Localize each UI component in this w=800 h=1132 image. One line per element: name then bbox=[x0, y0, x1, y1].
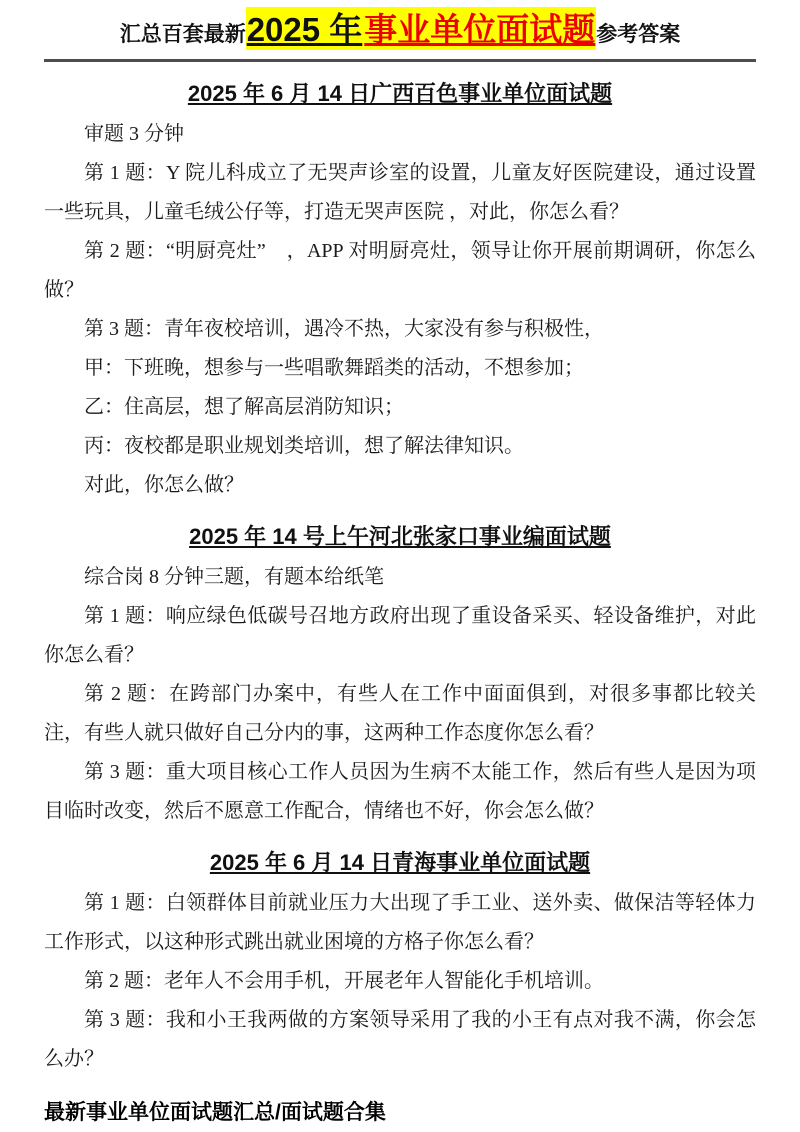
footer-title: 最新事业单位面试题汇总/面试题合集 bbox=[44, 1099, 756, 1127]
paragraph: 第 2 题：在跨部门办案中，有些人在工作中面面俱到，对很多事都比较关注，有些人就… bbox=[44, 675, 756, 753]
section-guangxi-baise: 2025 年 6 月 14 日广西百色事业单位面试题 审题 3 分钟 第 1 题… bbox=[44, 77, 756, 505]
paragraph: 第 3 题：重大项目核心工作人员因为生病不太能工作，然后有些人是因为项目临时改变… bbox=[44, 753, 756, 831]
paragraph: 乙：住高层，想了解高层消防知识； bbox=[44, 388, 756, 427]
header-year-highlight: 2025 年 bbox=[246, 7, 364, 50]
paragraph: 第 1 题：Y 院儿科成立了无哭声诊室的设置，儿童友好医院建设，通过设置一些玩具… bbox=[44, 154, 756, 232]
header-title-highlight: 事业单位面试题 bbox=[363, 7, 596, 50]
paragraph: 第 3 题：青年夜校培训，遇冷不热，大家没有参与积极性， bbox=[44, 310, 756, 349]
section-qinghai: 2025 年 6 月 14 日青海事业单位面试题 第 1 题：白领群体目前就业压… bbox=[44, 846, 756, 1079]
header-prefix: 汇总百套最新 bbox=[120, 23, 246, 46]
section-title: 2025 年 6 月 14 日广西百色事业单位面试题 bbox=[44, 77, 756, 111]
paragraph: 第 1 题：响应绿色低碳号召地方政府出现了重设备采买、轻设备维护，对此你怎么看？ bbox=[44, 597, 756, 675]
paragraph: 第 1 题：白领群体目前就业压力大出现了手工业、送外卖、做保洁等轻体力工作形式，… bbox=[44, 884, 756, 962]
paragraph: 第 3 题：我和小王我两做的方案领导采用了我的小王有点对我不满，你会怎么办？ bbox=[44, 1001, 756, 1079]
paragraph: 审题 3 分钟 bbox=[44, 115, 756, 154]
paragraph: 对此，你怎么做？ bbox=[44, 466, 756, 505]
header-suffix: 参考答案 bbox=[596, 23, 680, 46]
document-page: 汇总百套最新2025 年事业单位面试题参考答案 2025 年 6 月 14 日广… bbox=[0, 0, 800, 1132]
paragraph: 第 2 题：老年人不会用手机，开展老年人智能化手机培训。 bbox=[44, 962, 756, 1001]
section-hebei-zhangjiakou: 2025 年 14 号上午河北张家口事业编面试题 综合岗 8 分钟三题，有题本给… bbox=[44, 520, 756, 831]
paragraph: 第 2 题：“明厨亮灶” ，APP 对明厨亮灶，领导让你开展前期调研，你怎么做？ bbox=[44, 232, 756, 310]
paragraph: 丙：夜校都是职业规划类培训，想了解法律知识。 bbox=[44, 427, 756, 466]
paragraph: 甲：下班晚，想参与一些唱歌舞蹈类的活动，不想参加； bbox=[44, 349, 756, 388]
header-banner: 汇总百套最新2025 年事业单位面试题参考答案 bbox=[44, 0, 756, 62]
section-title: 2025 年 6 月 14 日青海事业单位面试题 bbox=[44, 846, 756, 880]
paragraph: 综合岗 8 分钟三题，有题本给纸笔 bbox=[44, 558, 756, 597]
section-title: 2025 年 14 号上午河北张家口事业编面试题 bbox=[44, 520, 756, 554]
